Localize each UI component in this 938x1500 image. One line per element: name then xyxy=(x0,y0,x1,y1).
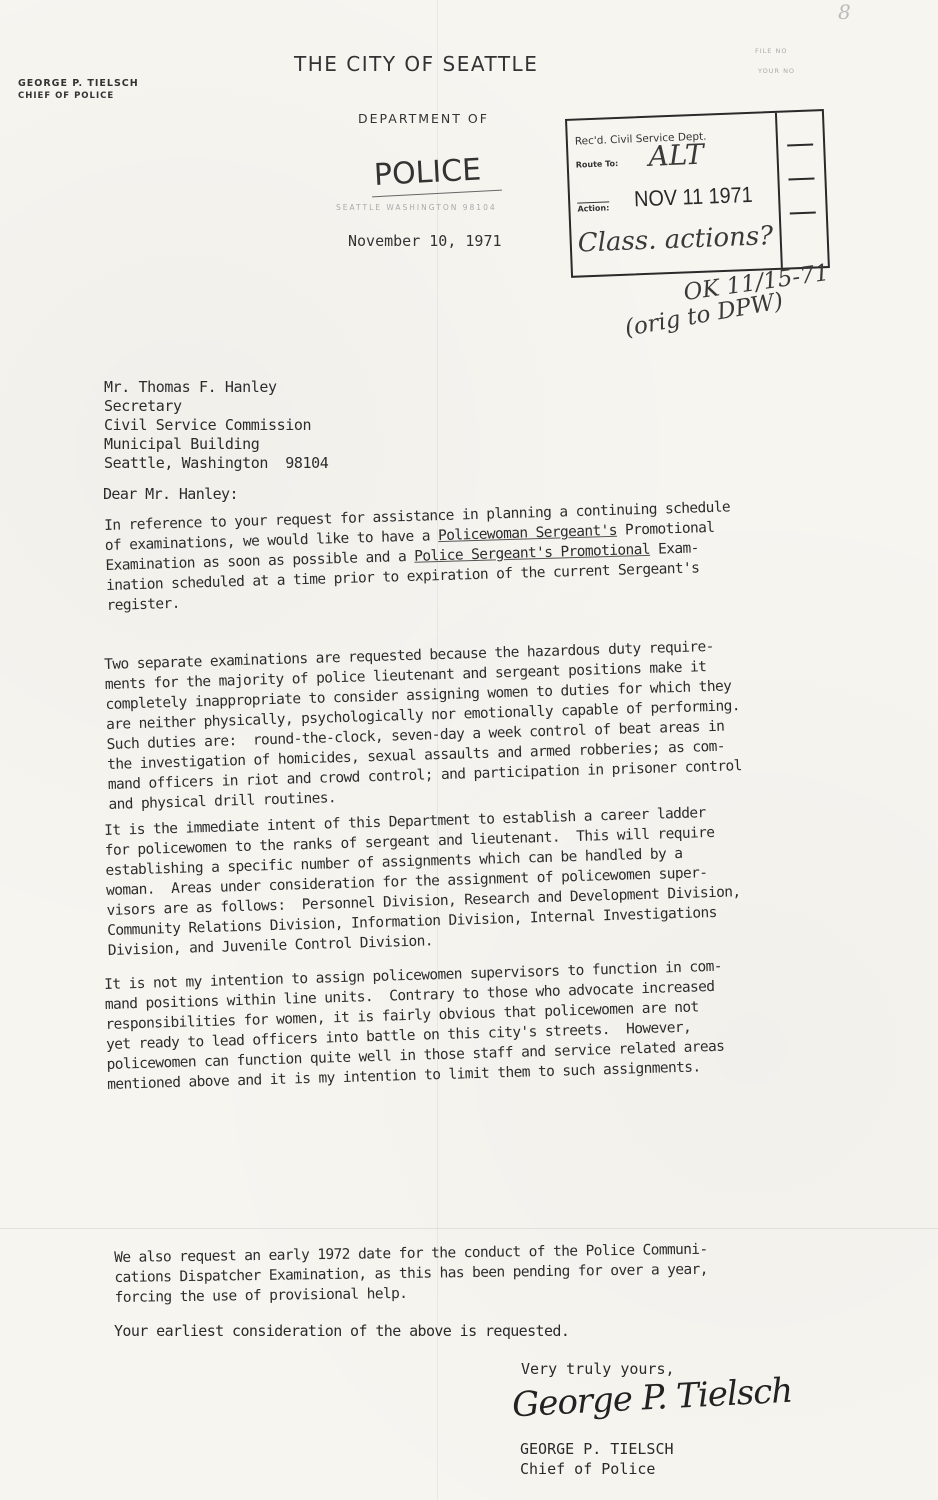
stamp-dash xyxy=(787,143,813,146)
valediction: Very truly yours, xyxy=(521,1360,675,1378)
paragraph-2: Two separate examinations are requested … xyxy=(104,632,898,815)
received-stamp: Rec'd. Civil Service Dept. Route To: ALT… xyxy=(565,109,830,278)
paragraph-1: In reference to your request for assista… xyxy=(104,493,897,616)
stamp-divider xyxy=(775,113,783,268)
letterhead-department: DEPARTMENT OF xyxy=(358,111,489,126)
corner-handwritten-mark: 8 xyxy=(838,0,851,24)
address-line: Secretary xyxy=(104,397,894,416)
stamp-dash xyxy=(788,177,814,180)
paragraph-4: It is not my intention to assign policew… xyxy=(104,952,897,1095)
recipient-address: Mr. Thomas F. Hanley Secretary Civil Ser… xyxy=(104,378,894,473)
letterhead-city-state: SEATTLE WASHINGTON 98104 xyxy=(336,203,497,212)
closing-line: Your earliest consideration of the above… xyxy=(114,1322,569,1340)
stamp-route-label: Route To: xyxy=(576,159,619,170)
letterhead-chief-name: GEORGE P. TIELSCH xyxy=(18,78,139,89)
stamp-received-date: NOV 11 1971 xyxy=(634,182,753,213)
handwritten-signature: George P. Tielsch xyxy=(511,1371,793,1426)
address-line: Mr. Thomas F. Hanley xyxy=(104,378,894,397)
your-number-label: YOUR NO xyxy=(758,67,795,75)
file-number-label: FILE NO xyxy=(755,47,787,55)
address-line: Seattle, Washington 98104 xyxy=(104,454,894,473)
address-line: Municipal Building xyxy=(104,435,894,454)
signer-title: Chief of Police xyxy=(520,1460,655,1478)
stamp-handwritten-note: Class. actions? xyxy=(577,221,773,258)
stamp-dash xyxy=(790,211,816,214)
signer-name: GEORGE P. TIELSCH xyxy=(520,1440,674,1458)
stamp-route-value: ALT xyxy=(648,138,704,173)
letterhead-police-logo: POLICE xyxy=(373,152,482,193)
paragraph-5: We also request an early 1972 date for t… xyxy=(114,1237,905,1308)
letterhead-chief-title: CHIEF OF POLICE xyxy=(18,91,114,101)
paper-fold-line xyxy=(0,1228,938,1229)
letterhead-city: THE CITY OF SEATTLE xyxy=(294,52,538,76)
address-line: Civil Service Commission xyxy=(104,416,894,435)
stamp-action-label: Action: xyxy=(577,201,609,213)
letter-date: November 10, 1971 xyxy=(348,232,502,250)
paragraph-3: It is the immediate intent of this Depar… xyxy=(104,798,898,961)
letter-page: 8 GEORGE P. TIELSCH CHIEF OF POLICE THE … xyxy=(0,0,938,1500)
